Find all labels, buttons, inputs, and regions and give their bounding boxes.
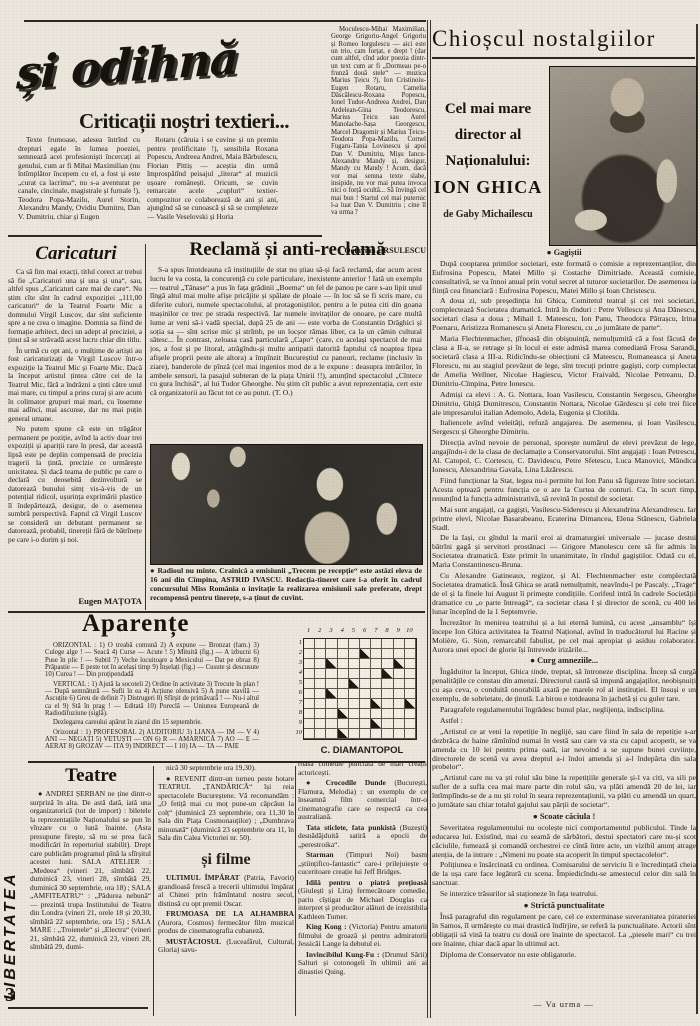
paragraph: „Artistul care nu va ști rolul său bine … [432,774,696,810]
paragraph: A doua zi, sub președinția lui Ghica, Co… [432,297,696,333]
caricaturi-column: Ca să fim mai exacți, titlul corect ar t… [8,268,142,594]
reclama-body: S-a spus întotdeauna că instituțiile de … [150,266,422,442]
film-item: Invincibilul Kung-Fu : (Drumul Sării) Sa… [298,951,427,977]
headline-teatre: Teatre [30,765,152,787]
headline-si-filme: și filme [158,851,294,869]
film-item: Idilă pentru o piatră prețioasă (Giuleșt… [298,879,427,922]
headline-chioscul: Chioșcul nostalgiilor [432,26,696,52]
paragraph: Polițiunea e însărcinată cu ordinea. Com… [432,861,696,888]
rule-above-aparente [8,611,425,613]
film-item: ULTIMUL ÎMPĂRAT (Patria, Favorit) grandi… [158,874,294,908]
paragraph: Fiind funcționar la Stat, legea nu-i per… [432,477,696,504]
film-item: ● Crocodile Dunde (București, Flamura, M… [298,779,427,822]
film-item: Starman (Timpuri Noi) basm „științifico-… [298,851,427,877]
divider-main-chioscul-2 [430,20,431,1018]
headline-aparente: Aparențe [82,610,190,638]
radio-studio-photo [150,444,423,565]
paragraph: Moculescu-Mihai Maximilian, George Grigo… [331,26,426,217]
paragraph: Astfel : [432,717,696,726]
paragraph: Direcția avînd nevoie de personal, spore… [432,439,696,475]
divider-caricaturi-reclama [145,244,146,610]
clues-dezlegare: Dezlegarea careului apărut în ziarul din… [45,719,259,726]
divider-bottom-2 [295,766,296,1016]
clues-orizontal: ORIZONTAL : 1) O treabă comună 2) A expu… [45,642,259,679]
crossword-grid [303,638,417,740]
paragraph: În urmă cu opt ani, o mulțime de artiști… [8,347,142,424]
clues-vertical: VERTICAL : 1) Ajută la socoteli 2) Ordin… [45,681,259,718]
paragraph: Nu putem spune că este un trăgător perma… [8,425,142,544]
criticatii-col1: Texte frumoase, adesea întrînd cu dreptu… [18,136,140,236]
section-title-gagistii: ● Gagiștii [432,248,696,258]
headline-reclama: Reclamă și anti-reclamă [150,239,425,261]
filme-col3: roasă comedie punctată de mari creații a… [298,760,427,1018]
masthead-vertical: LIBERTATEA [2,836,20,1000]
criticatii-col3: Moculescu-Mihai Maximilian, George Grigo… [331,26,426,244]
paragraph: După cooptarea primilor societari, este … [432,260,696,296]
newspaper-page: LIBERTATEA 3 și odihnă Criticații noștri… [0,0,700,1026]
paragraph: Se interzice trăsurilor să staționeze în… [432,890,696,899]
signature-matota: Eugen MAȚOTA [8,596,142,606]
paragraph: Admiși ca elevi : A. G. Nottara, Ioan Va… [432,391,696,418]
criticatii-col2: Rotaru (căruia i se cuvine și un premiu … [147,136,278,236]
rule-bottom-left [8,1007,148,1009]
radio-photo-caption: ● Radioul nu minte. Crainică a emisiunii… [150,566,422,602]
film-text: (Giulești și Lira) fermecătoare comedie,… [298,886,427,921]
article-title-line: Cel mai mare [432,96,544,122]
crossword-clues: ORIZONTAL : 1) O treabă comună 2) A expu… [45,642,259,760]
headline-caricaturi: Caricaturi [8,243,144,265]
paragraph: „Artistul ce ar veni la repetiție în neg… [432,728,696,773]
paragraph: ● REVENIT dintr-un turneu peste hotare T… [158,775,294,843]
divider-bottom-1 [153,766,154,1016]
film-item: Tata sticlete, fata punkistă (Buzești) d… [298,824,427,850]
paragraph: Maria Flechtenmacher, țîfnoasă din obișn… [432,335,696,389]
crossword-row-labels: 12345678910 [294,638,302,738]
page-number: 3 [5,984,15,1007]
chioscul-body: ● Gagiștii După cooptarea primilor socie… [432,248,696,996]
paragraph: Ca să fim mai exacți, titlul corect ar t… [8,268,142,345]
film-item: King Kong : (Victoria) Pentru amatorii f… [298,923,427,949]
paragraph: Italiencele avînd veleități, refuză anga… [432,419,696,437]
paragraph: Mai sunt angajați, ca gagiști, Vasilescu… [432,506,696,533]
ion-ghica-photo [549,66,697,246]
crossword-col-labels: 12345678910 [303,627,415,634]
paragraph: Îngăduitor la început, Ghica tinde, trep… [432,668,696,704]
divider-main-chioscul-1 [427,20,428,1018]
article-footer-va-urma: — Va urma — [432,999,695,1009]
teatre-filme-col2: nică 30 septembrie ora 19,30). ● REVENIT… [158,764,294,1018]
clues-solution: Orizontal : 1) PROFESORAL 2) AUDITORIU 3… [45,729,259,751]
paragraph: Încrezător în menirea teatrului și a lui… [432,619,696,655]
paragraph: S-a spus întotdeauna că instituțiile de … [150,266,422,398]
paragraph: Cu Alexandre Gatineaux, regizor, și Al. … [432,572,696,617]
film-text: (Aurora, Cosmos) fermecător film muzical… [158,918,294,936]
paragraph: De la Iași, cu gîndul la marii eroi ai d… [432,534,696,570]
film-item: MUSTĂCIOSUL (Luceafărul, Cultural, Glori… [158,938,294,955]
paragraph: Însă paragraful din regulament pe care, … [432,913,696,949]
paragraph: Texte frumoase, adesea întrînd cu dreptu… [18,136,140,221]
paragraph: Severitatea regulamentului nu ocolește n… [432,824,696,860]
paragraph: Diploma de Conservator nu este obligator… [432,951,696,960]
section-title-punctualitate: ● Strictă punctualitate [432,901,696,911]
paragraph: ● ANDREI ȘERBAN ne ține dintr-o surpriză… [30,790,151,952]
rule-chioscul-underline [432,57,695,59]
headline-criticatii: Criticații noștri textieri... [18,109,350,134]
section-logo-script: și odihnă [15,25,326,100]
paragraph: nică 30 septembrie ora 19,30). [158,764,294,773]
section-title-scoate: ● Scoate căciula ! [432,812,696,822]
paragraph: Rotaru (căruia i se cuvine și un premiu … [147,136,278,221]
crossword-author: C. DIAMANTOPOL [306,745,418,756]
paragraph: roasă comedie punctată de mari creații a… [298,760,427,777]
paragraph: Paragrafele regulamentului îngrădesc bun… [432,706,696,715]
article-title-line: Naționalului: [432,148,544,174]
film-item: FRUMOASA DE LA ALHAMBRA (Aurora, Cosmos)… [158,910,294,936]
section-title-curg: ● Curg amneziile... [432,656,696,666]
teatre-col1: ● ANDREI ȘERBAN ne ține dintr-o surpriză… [30,790,151,1006]
article-title-line: ION GHICA [432,174,544,200]
byline: de Gaby Michailescu [432,209,544,220]
article-title-line: director al [432,122,544,148]
rule-top [24,20,426,22]
chioscul-title-block: Cel mai mare director al Naționalului: I… [432,96,544,220]
